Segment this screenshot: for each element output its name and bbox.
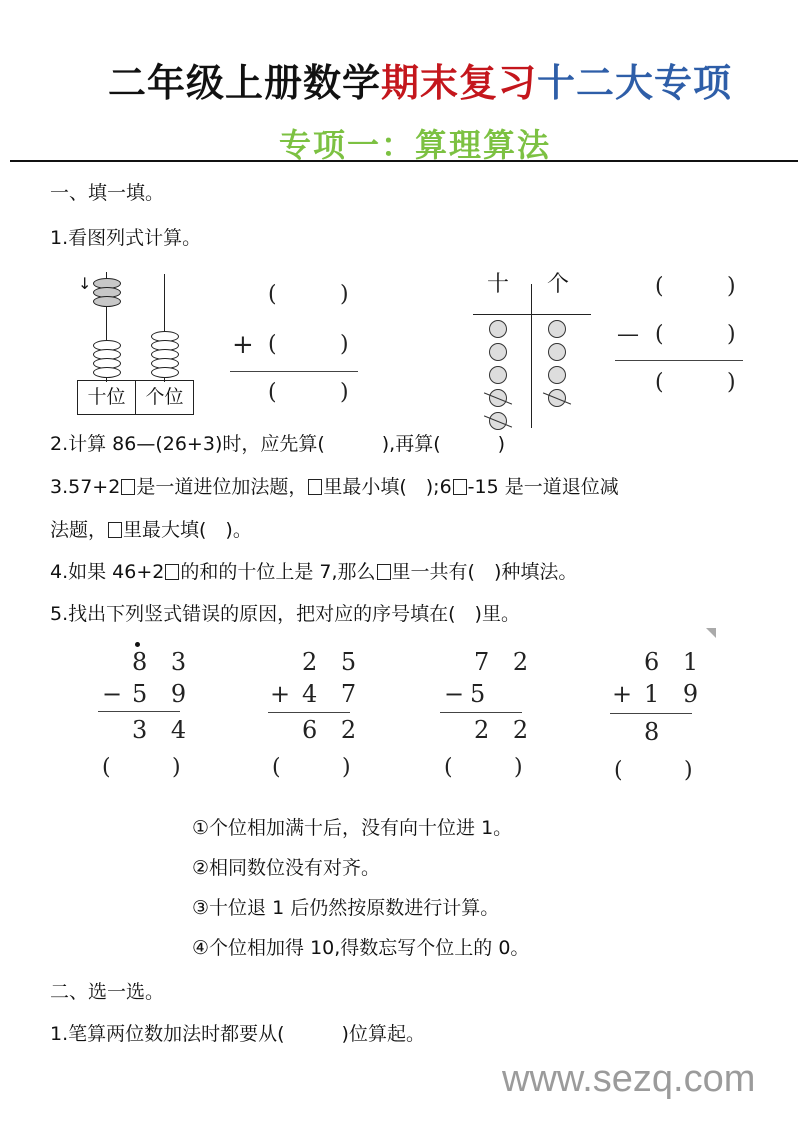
title-divider: [10, 160, 798, 162]
reason-3: ③十位退 1 后仍然按原数进行计算。: [192, 896, 499, 920]
operator: +: [270, 680, 298, 708]
ones-counter: [548, 343, 566, 361]
blank-open: (: [655, 322, 664, 347]
q4-text: 里一共有( )种填法。: [392, 561, 578, 583]
q3-text: 3.57+2: [50, 476, 120, 498]
result-number: 2 2: [474, 716, 536, 744]
answer-blank-open: (: [272, 755, 281, 780]
subtraction-blanks: ( ) — ( ) ( ): [615, 272, 750, 402]
blank-box: [108, 522, 122, 538]
blank-open: (: [268, 380, 277, 405]
question-3-line-2: 法题，里最大填( )。: [50, 518, 252, 542]
blank-box: [377, 564, 391, 580]
title-part-3: 十二大专项: [537, 60, 732, 105]
result-line: [440, 712, 522, 713]
blank-open: (: [268, 282, 277, 307]
title-part-2: 期末复习: [381, 60, 537, 105]
blank-open: (: [268, 332, 277, 357]
ones-bead: [151, 367, 179, 378]
top-number: 6 1: [644, 648, 706, 676]
q3-text: 里最大填( )。: [123, 519, 252, 541]
bottom-number: 1 9: [644, 680, 706, 708]
answer-blank-close: ): [684, 758, 693, 783]
plus-operator: +: [232, 330, 254, 360]
top-number: 7 2: [474, 648, 536, 676]
abacus-base: 十位 个位: [77, 380, 194, 415]
ones-place-label: 个位: [136, 381, 193, 414]
operator: −: [444, 680, 472, 708]
answer-blank-close: ): [514, 755, 523, 780]
q3-text: 是一道进位加法题，: [136, 476, 307, 498]
question-4-text: 4.如果 46+2的和的十位上是 7,那么里一共有( )种填法。: [50, 560, 577, 584]
bottom-number: 4 7: [302, 680, 364, 708]
top-number: 2 5: [302, 648, 364, 676]
question-2-text: 2.计算 86—(26+3)时，应先算( ),再算( ): [50, 432, 505, 456]
ones-header: 个: [547, 272, 569, 298]
question-1-text: 1.看图列式计算。: [50, 226, 201, 250]
answer-blank-open: (: [614, 758, 623, 783]
bottom-number: 5 9: [132, 680, 194, 708]
operator: −: [102, 680, 130, 708]
difference-line: [615, 360, 743, 361]
vertical-problem-4: 6 1 + 1 9 8 ( ): [608, 640, 708, 790]
vertical-problem-1: 8 3 − 5 9 3 4 ( ): [96, 640, 196, 790]
result-line: [610, 713, 692, 714]
tens-bead: [93, 367, 121, 378]
q4-text: 的和的十位上是 7,那么: [180, 561, 375, 583]
blank-box: [121, 479, 135, 495]
vertical-problem-3: 7 2 − 5 2 2 ( ): [438, 640, 538, 790]
top-number: 8 3: [132, 648, 194, 676]
borrow-dot: [135, 642, 140, 647]
minus-operator: —: [617, 322, 639, 347]
blank-close: ): [340, 380, 349, 405]
bottom-number: 5: [470, 680, 493, 708]
watermark: www.sezq.com: [502, 1058, 755, 1101]
blank-close: ): [727, 370, 736, 395]
result-number: 8: [644, 718, 667, 746]
ones-counter: [548, 366, 566, 384]
down-arrow-icon: ↓: [78, 276, 91, 292]
ones-counter: [548, 320, 566, 338]
answer-blank-close: ): [342, 755, 351, 780]
corner-mark: [706, 628, 716, 638]
section-2-question-1: 1.笔算两位数加法时都要从( )位算起。: [50, 1022, 425, 1046]
blank-box: [165, 564, 179, 580]
q3-text: -15 是一道退位减: [468, 476, 619, 498]
blank-close: ): [727, 322, 736, 347]
tens-counter: [489, 366, 507, 384]
place-divider: [531, 284, 532, 428]
abacus-figure: ↓ 十位 个位: [75, 270, 200, 420]
header-line: [473, 314, 591, 315]
reason-4: ④个位相加得 10,得数忘写个位上的 0。: [192, 936, 529, 960]
answer-blank-close: ): [172, 755, 181, 780]
blank-box: [453, 479, 467, 495]
blank-close: ): [340, 282, 349, 307]
blank-open: (: [655, 274, 664, 299]
q3-text: 里最小填( );6: [323, 476, 451, 498]
blank-open: (: [655, 370, 664, 395]
counters-figure: 十 个: [465, 270, 595, 425]
question-3-line-1: 3.57+2是一道进位加法题，里最小填( );6-15 是一道退位减: [50, 475, 619, 499]
section-2-heading: 二、选一选。: [50, 980, 164, 1004]
addition-blanks: ( ) + ( ) ( ): [228, 280, 363, 410]
tens-counter: [489, 343, 507, 361]
operator: +: [612, 680, 640, 708]
answer-blank-open: (: [444, 755, 453, 780]
blank-close: ): [340, 332, 349, 357]
page-title: 二年级上册数学期末复习十二大专项: [0, 52, 800, 107]
blank-box: [308, 479, 322, 495]
result-number: 6 2: [302, 716, 364, 744]
answer-blank-open: (: [102, 755, 111, 780]
tens-counter: [489, 320, 507, 338]
tens-place-label: 十位: [78, 381, 136, 414]
result-line: [98, 711, 180, 712]
q4-text: 4.如果 46+2: [50, 561, 164, 583]
reason-2: ②相同数位没有对齐。: [192, 856, 380, 880]
vertical-problem-2: 2 5 + 4 7 6 2 ( ): [266, 640, 366, 790]
reason-1: ①个位相加满十后，没有向十位进 1。: [192, 816, 512, 840]
added-bead: [93, 296, 121, 307]
tens-header: 十: [487, 272, 509, 298]
q3-text: 法题，: [50, 519, 107, 541]
blank-close: ): [727, 274, 736, 299]
sum-line: [230, 371, 358, 372]
question-5-text: 5.找出下列竖式错误的原因，把对应的序号填在( )里。: [50, 602, 520, 626]
result-number: 3 4: [132, 716, 194, 744]
title-part-1: 二年级上册数学: [108, 60, 381, 105]
result-line: [268, 712, 350, 713]
section-1-heading: 一、填一填。: [50, 181, 164, 205]
